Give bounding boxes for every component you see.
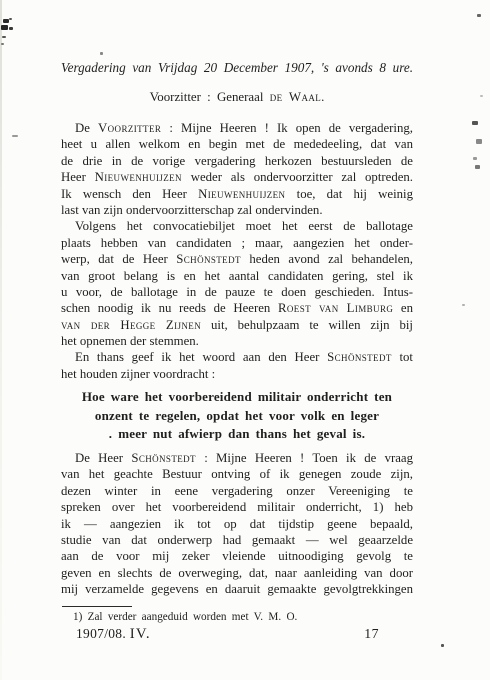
text-run: spreken over het voorbereidend militair … [61, 500, 413, 514]
text-line: last van zijn ondervoorzitterschap zal o… [61, 202, 413, 218]
text-line: Volgens het convocatiebiljet moet het ee… [61, 218, 413, 234]
text-line: Heer Nieuwenhuijzen weder als ondervoorz… [61, 169, 413, 185]
smallcaps-name: Nieuwenhuijzen [95, 170, 182, 184]
text-run: weder als ondervoorzitter zal optreden. [182, 170, 413, 184]
text-run: En thans geef ik het woord aan den Heer [75, 350, 327, 364]
text-run: de drie in de vorige vergadering herkoze… [61, 154, 413, 168]
text-line: het opnemen der stemmen. [61, 333, 413, 349]
text-run: ik — aangezien ik tot op dat tijdstip ge… [61, 517, 413, 531]
lecture-title-line: Hoe ware het voorbereidend militair onde… [61, 388, 413, 407]
chairman-line: Voorzitter : Generaal de Waal. [61, 89, 413, 106]
scan-speck [12, 135, 18, 137]
body-lines-2: De Heer Schönstedt : Mijne Heeren ! Toen… [61, 450, 413, 598]
text-run: Heer [61, 170, 95, 184]
text-run: het opnemen der stemmen. [61, 334, 199, 348]
text-line: ik — aangezien ik tot op dat tijdstip ge… [61, 516, 413, 532]
text-run: : Mijne Heeren ! Toen ik de vraag [196, 451, 413, 465]
footnote-text: 1) Zal verder aangeduid worden met V. M.… [61, 610, 413, 624]
scan-speck [462, 304, 465, 306]
text-run: werp, dat de Heer [61, 252, 176, 266]
scan-speck [100, 52, 103, 55]
text-line: werp, dat de Heer Schönstedt heden avond… [61, 251, 413, 267]
volume-signature: 1907/08. IV. [61, 626, 151, 643]
smallcaps-name: Schönstedt [176, 252, 241, 266]
text-run: Ik wensch den Heer [61, 187, 198, 201]
text-line: de drie in de vorige vergadering herkoze… [61, 153, 413, 169]
text-run: De Heer [75, 451, 131, 465]
text-line: Ik wensch den Heer Nieuwenhuijzen toe, d… [61, 186, 413, 202]
text-run: last van zijn ondervoorzitterschap zal o… [61, 203, 323, 217]
text-run: De [75, 121, 98, 135]
text-line: geven en slechts de overweging, dat, naa… [61, 565, 413, 581]
lecture-title: Hoe ware het voorbereidend militair onde… [61, 388, 413, 444]
text-line: De Heer Schönstedt : Mijne Heeren ! Toen… [61, 450, 413, 466]
scan-speck [477, 14, 481, 17]
scan-speck [473, 157, 477, 160]
text-line: dezen winter in eene vergadering onzer V… [61, 483, 413, 499]
text-run: plaats hebben van candidaten ; maar, aan… [61, 236, 413, 250]
text-run: : Mijne Heeren ! Ik open de vergadering, [161, 121, 413, 135]
page-footer: 1907/08. IV. 17 [61, 626, 413, 643]
smallcaps-name: Nieuwenhuijzen [198, 187, 285, 201]
text-line: mij verzamelde gegevens en daaruit gemaa… [61, 581, 413, 597]
text-run: van groot belang is en het aantal candid… [61, 269, 413, 283]
text-run: heden avond zal behandelen, [241, 252, 413, 266]
text-run: tot [392, 350, 413, 364]
text-line: u voor, de ballotage in de pauze te doen… [61, 284, 413, 300]
scan-speck [476, 139, 482, 144]
text-line: studie van dat onderwerp had gemaakt — w… [61, 532, 413, 548]
page-number: 17 [364, 626, 413, 642]
scan-speck [1, 43, 4, 45]
text-line: van der Hegge Zijnen uit, behulpzaam te … [61, 317, 413, 333]
text-run: dezen winter in eene vergadering onzer V… [61, 484, 413, 498]
scan-speck [9, 18, 12, 20]
text-block: Vergadering van Vrijdag 20 December 1907… [61, 59, 413, 643]
text-line: De Voorzitter : Mijne Heeren ! Ik open d… [61, 120, 413, 136]
smallcaps-name: de Waal [270, 90, 321, 104]
smallcaps-name: Roest van Limburg [278, 301, 393, 315]
scan-speck [3, 19, 9, 23]
scan-speck [1, 25, 8, 30]
text-run: heet u allen welkom en begin met de mede… [61, 137, 413, 151]
text-line: schen noodig ik nu reeds de Heeren Roest… [61, 300, 413, 316]
scan-speck [480, 95, 483, 97]
scan-speck [475, 165, 480, 169]
text-run: Voorzitter : Generaal [150, 90, 270, 104]
smallcaps-name: van der Hegge Zijnen [61, 318, 201, 332]
text-run: toe, dat hij weinig [285, 187, 413, 201]
scan-edge-shadow [0, 0, 2, 680]
scanned-document-page: Vergadering van Vrijdag 20 December 1907… [0, 0, 490, 680]
body-lines-1: De Voorzitter : Mijne Heeren ! Ik open d… [61, 120, 413, 382]
text-run: mij verzamelde gegevens en daaruit gemaa… [61, 582, 413, 596]
text-run: aan de voor mij zeker vleiende uitnoodig… [61, 549, 413, 563]
scan-speck [9, 27, 13, 30]
text-run: schen noodig ik nu reeds de Heeren [61, 301, 278, 315]
text-run: studie van dat onderwerp had gemaakt — w… [61, 533, 413, 547]
text-line: van groot belang is en het aantal candid… [61, 268, 413, 284]
part-label: IV. [130, 626, 151, 642]
text-run: van het geachte Bestuur ontving of ik ge… [61, 467, 413, 481]
text-run: u voor, de ballotage in de pauze te doen… [61, 285, 413, 299]
text-line: van het geachte Bestuur ontving of ik ge… [61, 466, 413, 482]
smallcaps-name: Schönstedt [327, 350, 392, 364]
text-run: het houden zijner voordracht : [61, 367, 215, 381]
text-line: heet u allen welkom en begin met de mede… [61, 136, 413, 152]
text-run: . [321, 90, 324, 104]
lecture-title-line: onzent te regelen, opdat het voor volk e… [61, 407, 413, 426]
smallcaps-name: Voorzitter [98, 121, 161, 135]
meeting-date-heading: Vergadering van Vrijdag 20 December 1907… [61, 59, 413, 76]
text-run: Volgens het convocatiebiljet moet het ee… [75, 219, 413, 233]
text-line: aan de voor mij zeker vleiende uitnoodig… [61, 548, 413, 564]
volume-label: 1907/08. [76, 626, 126, 641]
text-run: geven en slechts de overweging, dat, naa… [61, 566, 413, 580]
text-line: spreken over het voorbereidend militair … [61, 499, 413, 515]
lecture-title-line: . meer nut afwierp dan thans het geval i… [61, 425, 413, 444]
text-line: het houden zijner voordracht : [61, 366, 413, 382]
smallcaps-name: Schönstedt [131, 451, 196, 465]
scan-speck [2, 36, 6, 38]
scan-speck [441, 644, 444, 647]
text-run: en [393, 301, 413, 315]
footnote-rule [62, 606, 132, 607]
scan-speck [472, 121, 478, 125]
text-line: En thans geef ik het woord aan den Heer … [61, 349, 413, 365]
text-line: plaats hebben van candidaten ; maar, aan… [61, 235, 413, 251]
text-run: uit, behulpzaam te willen zijn bij [201, 318, 413, 332]
